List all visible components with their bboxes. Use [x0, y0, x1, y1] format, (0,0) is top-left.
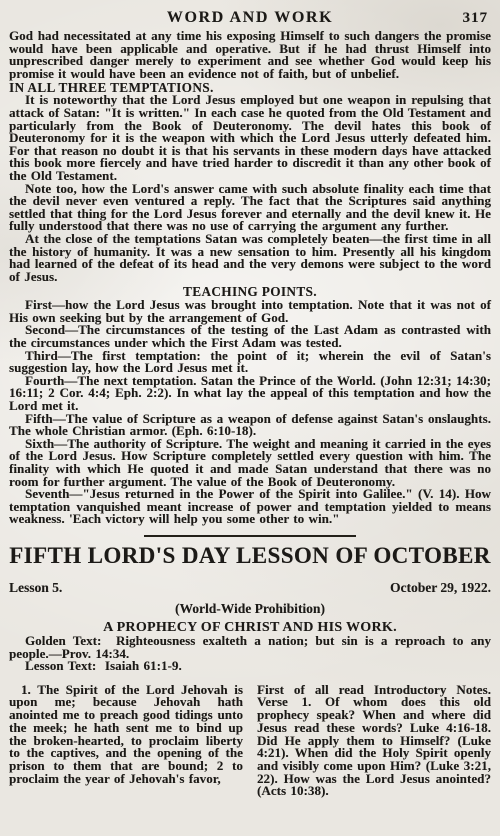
paragraph-intro: God had necessitated at any time his exp… [9, 30, 491, 80]
page-header: WORD AND WORK 317 [9, 9, 491, 30]
lesson-title: FIFTH LORD'S DAY LESSON OF OCTOBER [9, 544, 491, 568]
lesson-subtitle: (World-Wide Prohibition) [9, 602, 491, 616]
teaching-point-sixth: Sixth—The authority of Scripture. The we… [9, 438, 491, 488]
page-number: 317 [463, 10, 489, 27]
lesson-number: Lesson 5. [9, 581, 62, 595]
paragraph-finality: Note too, how the Lord's answer came wit… [9, 183, 491, 233]
teaching-point-fourth: Fourth—The next temptation. Satan the Pr… [9, 375, 491, 413]
section-divider [144, 535, 356, 537]
teaching-point-third: Third—The first temptation: the point of… [9, 350, 491, 375]
notes-column: First of all read Introductory Notes. Ve… [257, 684, 491, 798]
lesson-text-line: Lesson Text: Isaiah 61:1-9. [9, 660, 491, 673]
scripture-column-text: 1. The Spirit of the Lord Jehovah is upo… [9, 684, 243, 786]
lesson-meta-row: Lesson 5. October 29, 1922. [9, 581, 491, 595]
notes-column-text: First of all read Introductory Notes. Ve… [257, 684, 491, 798]
lesson-text-value: Isaiah 61:1-9. [105, 658, 182, 673]
lesson-text-label: Lesson Text: [25, 658, 96, 673]
teaching-point-first: First—how the Lord Jesus was brought int… [9, 299, 491, 324]
scripture-column: 1. The Spirit of the Lord Jehovah is upo… [9, 684, 243, 798]
golden-text-line: Golden Text: Righteousness exalteth a na… [9, 635, 491, 660]
teaching-point-second: Second—The circumstances of the testing … [9, 324, 491, 349]
document-page: WORD AND WORK 317 God had necessitated a… [0, 0, 500, 836]
two-column-section: 1. The Spirit of the Lord Jehovah is upo… [9, 684, 491, 798]
lesson-date: October 29, 1922. [390, 581, 491, 595]
running-title: WORD AND WORK [167, 9, 333, 26]
paragraph-beaten: At the close of the temptations Satan wa… [9, 233, 491, 283]
teaching-point-fifth: Fifth—The value of Scripture as a weapon… [9, 413, 491, 438]
paragraph-weapon: It is noteworthy that the Lord Jesus emp… [9, 94, 491, 182]
teaching-point-seventh: Seventh—"Jesus returned in the Power of … [9, 488, 491, 526]
